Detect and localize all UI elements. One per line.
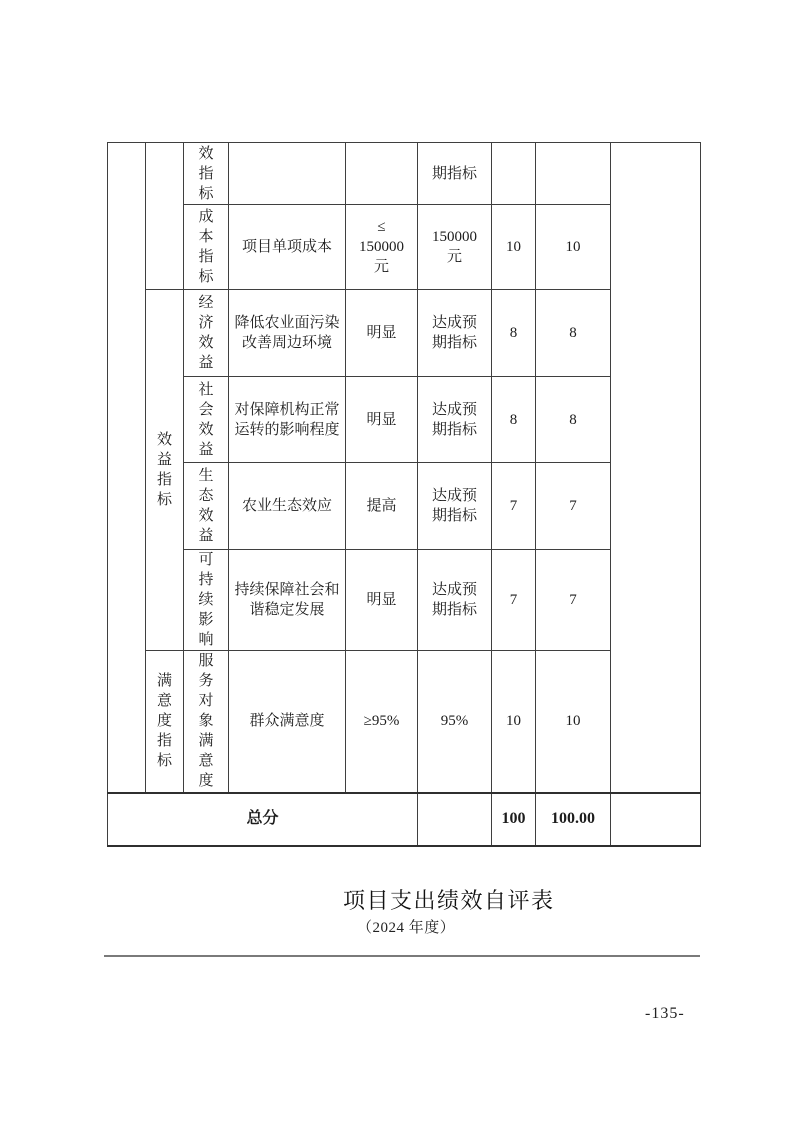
cell-sustainability-name: 持续保障社会和谐稳定发展	[229, 550, 346, 651]
cell-satisfaction-actual: 95%	[418, 651, 492, 793]
cell-level1-continued-empty	[108, 143, 146, 793]
cell-ecological-category: 生 态 效 益	[184, 463, 229, 550]
cell-cost-weight: 10	[492, 205, 536, 290]
cell-economic-category: 经 济 效 益	[184, 290, 229, 377]
cell-ecological-target: 提高	[346, 463, 418, 550]
cell-target-empty	[346, 143, 418, 205]
cell-ecological-name: 农业生态效应	[229, 463, 346, 550]
cell-satisfaction-category: 服 务 对 象 满 意 度	[184, 651, 229, 793]
cell-total-actual-empty	[418, 793, 492, 846]
cell-total-remark-empty	[611, 793, 701, 846]
cell-benefit-group: 效 益 指 标	[146, 290, 184, 651]
cell-social-score: 8	[536, 377, 611, 463]
cell-satisfaction-target: ≥95%	[346, 651, 418, 793]
cell-satisfaction-name: 群众满意度	[229, 651, 346, 793]
cell-economic-target: 明显	[346, 290, 418, 377]
cell-social-actual: 达成预 期指标	[418, 377, 492, 463]
cell-social-category: 社 会 效 益	[184, 377, 229, 463]
cell-total-weight: 100	[492, 793, 536, 846]
cell-sustainability-actual: 达成预 期指标	[418, 550, 492, 651]
cell-score-empty	[536, 143, 611, 205]
performance-indicator-table: 效 指 标 期指标 成 本 指 标 项目单项成本 ≤ 150000 元 1500…	[107, 142, 701, 847]
cell-satisfaction-group: 满 意 度 指 标	[146, 651, 184, 793]
cell-category-partial: 效 指 标	[184, 143, 229, 205]
cell-ecological-weight: 7	[492, 463, 536, 550]
cell-sustainability-score: 7	[536, 550, 611, 651]
cell-cost-name: 项目单项成本	[229, 205, 346, 290]
cell-economic-name: 降低农业面污染改善周边环境	[229, 290, 346, 377]
cell-satisfaction-score: 10	[536, 651, 611, 793]
table-row: 效 指 标 期指标	[108, 143, 701, 205]
cell-total-label: 总分	[108, 793, 418, 846]
cell-social-weight: 8	[492, 377, 536, 463]
cell-economic-score: 8	[536, 290, 611, 377]
cell-sustainability-category: 可 持 续 影 响	[184, 550, 229, 651]
cell-sustainability-target: 明显	[346, 550, 418, 651]
cell-economic-actual: 达成预 期指标	[418, 290, 492, 377]
cell-satisfaction-weight: 10	[492, 651, 536, 793]
cell-economic-weight: 8	[492, 290, 536, 377]
cell-actual-partial: 期指标	[418, 143, 492, 205]
cell-name-empty	[229, 143, 346, 205]
document-page: 效 指 标 期指标 成 本 指 标 项目单项成本 ≤ 150000 元 1500…	[0, 0, 794, 1122]
cell-cost-score: 10	[536, 205, 611, 290]
page-subtitle: （2024 年度）	[357, 916, 455, 937]
cell-cost-target: ≤ 150000 元	[346, 205, 418, 290]
cell-cost-actual: 150000 元	[418, 205, 492, 290]
cell-ecological-score: 7	[536, 463, 611, 550]
cell-total-score: 100.00	[536, 793, 611, 846]
total-row: 总分 100 100.00	[108, 793, 701, 846]
footer-separator-line	[104, 955, 700, 957]
page-number: -135-	[645, 1005, 685, 1023]
cell-social-target: 明显	[346, 377, 418, 463]
cell-weight-empty	[492, 143, 536, 205]
cell-sustainability-weight: 7	[492, 550, 536, 651]
cell-social-name: 对保障机构正常运转的影响程度	[229, 377, 346, 463]
cell-level2-continued-empty	[146, 143, 184, 290]
cell-cost-category: 成 本 指 标	[184, 205, 229, 290]
page-title: 项目支出绩效自评表	[343, 884, 555, 915]
cell-ecological-actual: 达成预 期指标	[418, 463, 492, 550]
cell-remark-column-empty	[611, 143, 701, 793]
